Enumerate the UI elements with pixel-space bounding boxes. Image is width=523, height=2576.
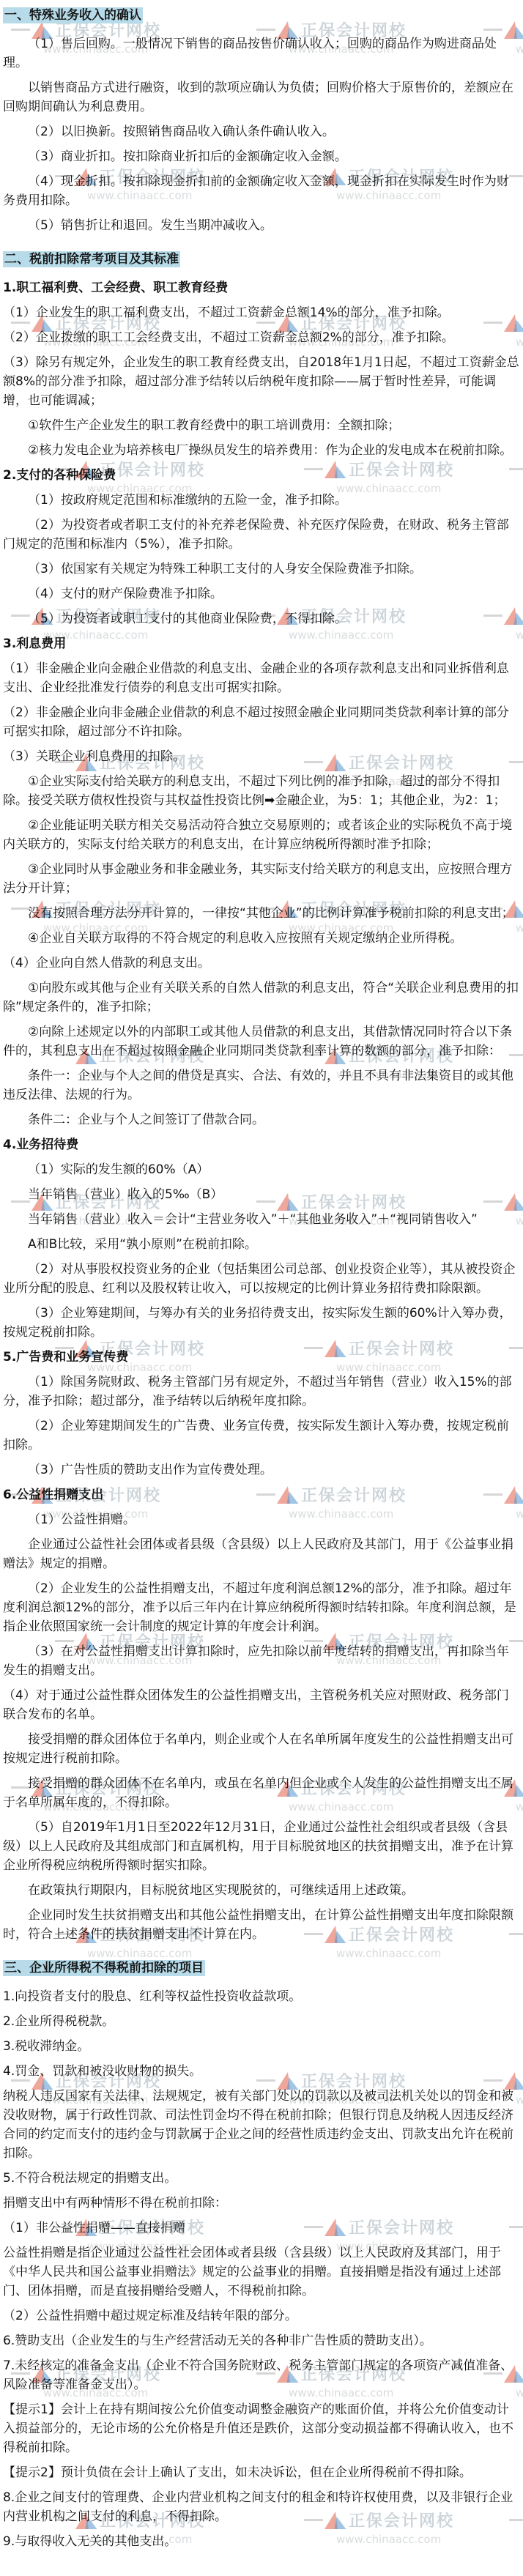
section-heading-text: 二、税前扣除常考项目及其标准 <box>3 251 180 267</box>
paragraph: 以销售商品方式进行融资，收到的款项应确认为负债；回购价格大于原售价的，差额应在回… <box>3 78 520 116</box>
item-subheading: 5.广告费和业务宣传费 <box>3 1348 520 1367</box>
paragraph: 条件二：企业与个人之间签订了借款合同。 <box>3 1110 520 1129</box>
paragraph: （5）为投资者或职工支付的其他商业保险费，不得扣除。 <box>3 609 520 628</box>
paragraph: （2）为投资者或者职工支付的补充养老保险费、补充医疗保险费，在财政、税务主管部门… <box>3 516 520 554</box>
section-heading: 三、企业所得税不得税前扣除的项目 <box>3 1959 520 1978</box>
item-subheading: 6.公益性捐赠支出 <box>3 1485 520 1504</box>
paragraph: （3）在对公益性捐赠支出计算扣除时，应先扣除以前年度结转的捐赠支出，再扣除当年发… <box>3 1642 520 1680</box>
paragraph: （5）销售折让和退回。发生当期冲减收入。 <box>3 216 520 235</box>
paragraph: 8.企业之间支付的管理费、企业内营业机构之间支付的租金和特许权使用费，以及非银行… <box>3 2488 520 2526</box>
paragraph: ①企业实际支付给关联方的利息支出，不超过下列比例的准予扣除，超过的部分不得扣除。… <box>3 772 520 810</box>
paragraph: （4）现金折扣。按扣除现金折扣前的金额确定收入金额，现金折扣在实际发生时作为财务… <box>3 172 520 210</box>
paragraph: （2）企业拨缴的职工工会经费支出，不超过工资薪金总额2%的部分，准予扣除。 <box>3 328 520 347</box>
paragraph: ②核力发电企业为培养核电厂操纵员发生的培养费用：作为企业的发电成本在税前扣除。 <box>3 441 520 460</box>
paragraph: 纳税人违反国家有关法律、法规规定，被有关部门处以的罚款以及被司法机关处以的罚金和… <box>3 2087 520 2163</box>
paragraph: （1）除国务院财政、税务主管部门另有规定外，不超过当年销售（营业）收入15%的部… <box>3 1373 520 1411</box>
paragraph: 【提示2】预计负债在会计上确认了支出，如未决诉讼，但在企业所得税前不得扣除。 <box>3 2463 520 2482</box>
section-heading: 一、特殊业务收入的确认 <box>3 6 520 25</box>
paragraph: 没有按照合理方法分开计算的，一律按“其他企业”的比例计算准予税前扣除的利息支出； <box>3 904 520 923</box>
paragraph: 捐赠支出中有两种情形不得在税前扣除： <box>3 2194 520 2213</box>
paragraph: （4）企业向自然人借款的利息支出。 <box>3 954 520 973</box>
paragraph: （1）按政府规定范围和标准缴纳的五险一金，准予扣除。 <box>3 491 520 510</box>
paragraph: 2.企业所得税税款。 <box>3 2012 520 2031</box>
paragraph: ③企业同时从事金融业务和非金融业务，其实际支付给关联方的利息支出，应按照合理方法… <box>3 860 520 898</box>
paragraph: ④企业自关联方取得的不符合规定的利息收入应按照有关规定缴纳企业所得税。 <box>3 929 520 948</box>
paragraph: ①向股东或其他与企业有关联关系的自然人借款的利息支出，符合“关联企业利息费用的扣… <box>3 979 520 1017</box>
paragraph: （2）企业发生的公益性捐赠支出，不超过年度利润总额12%的部分，准予扣除。超过年… <box>3 1579 520 1636</box>
paragraph: （2）对从事股权投资业务的企业（包括集团公司总部、创业投资企业等），其从被投资企… <box>3 1260 520 1298</box>
paragraph: （3）除另有规定外，企业发生的职工教育经费支出，自2018年1月1日起，不超过工… <box>3 353 520 410</box>
paragraph: （4）支付的财产保险费准予扣除。 <box>3 584 520 604</box>
paragraph: 1.向投资者支付的股息、红利等权益性投资收益款项。 <box>3 1987 520 2006</box>
paragraph: 【提示1】会计上在持有期间按公允价值变动调整金融资产的账面价值，并将公允价值变动… <box>3 2400 520 2457</box>
paragraph: （5）自2019年1月1日至2022年12月31日，企业通过公益性社会组织或者县… <box>3 1818 520 1875</box>
paragraph: 企业同时发生扶贫捐赠支出和其他公益性捐赠支出，在计算公益性捐赠支出年度扣除限额时… <box>3 1906 520 1944</box>
paragraph: ①软件生产企业发生的职工教育经费中的职工培训费用：全额扣除； <box>3 416 520 435</box>
paragraph: （2）以旧换新。按照销售商品收入确认条件确认收入。 <box>3 122 520 141</box>
paragraph: （1）实际的发生额的60%（A） <box>3 1160 520 1179</box>
item-subheading: 3.利息费用 <box>3 634 520 653</box>
paragraph: （2）企业筹建期间发生的广告费、业务宣传费，按实际发生额计入筹办费，按规定税前扣… <box>3 1417 520 1455</box>
paragraph: （1）公益性捐赠。 <box>3 1510 520 1529</box>
item-subheading: 1.职工福利费、工会经费、职工教育经费 <box>3 278 520 297</box>
paragraph: ②企业能证明关联方相关交易活动符合独立交易原则的；或者该企业的实际税负不高于境内… <box>3 816 520 854</box>
item-subheading: 2.支付的各种保险费 <box>3 466 520 485</box>
paragraph: （3）广告性质的赞助支出作为宣传费处理。 <box>3 1460 520 1480</box>
paragraph: （3）依国家有关规定为特殊工种职工支付的人身安全保险费准予扣除。 <box>3 560 520 579</box>
paragraph: 3.税收滞纳金。 <box>3 2037 520 2056</box>
paragraph: （2）非金融企业向非金融企业借款的利息不超过按照金融企业同期同类贷款利率计算的部… <box>3 703 520 741</box>
paragraph: （3）关联企业利息费用的扣除。 <box>3 747 520 766</box>
paragraph: 当年销售（营业）收入＝会计“主营业务收入”＋“其他业务收入”＋“视同销售收入” <box>3 1210 520 1229</box>
paragraph: 当年销售（营业）收入的5‰（B） <box>3 1185 520 1204</box>
paragraph: 接受捐赠的群众团体不在名单内，或虽在名单内但企业或个人发生的公益性捐赠支出不属于… <box>3 1774 520 1812</box>
paragraph: （3）企业筹建期间，与筹办有关的业务招待费支出，按实际发生额的60%计入筹办费，… <box>3 1304 520 1342</box>
paragraph: 企业通过公益性社会团体或者县级（含县级）以上人民政府及其部门，用于《公益事业捐赠… <box>3 1535 520 1573</box>
paragraph: 公益性捐赠是指企业通过公益性社会团体或者县级（含县级）以上人民政府及其部门，用于… <box>3 2243 520 2301</box>
paragraph: 条件一：企业与个人之间的借贷是真实、合法、有效的，并且不具有非法集资目的或其他违… <box>3 1066 520 1105</box>
paragraph: A和B比较，采用“孰小原则”在税前扣除。 <box>3 1235 520 1254</box>
paragraph: （1）非公益性捐赠——直接捐赠 <box>3 2219 520 2238</box>
section-heading-text: 三、企业所得税不得税前扣除的项目 <box>3 1960 205 1976</box>
paragraph: （4）对于通过公益性群众团体发生的公益性捐赠支出，主管税务机关应对照财政、税务部… <box>3 1686 520 1724</box>
section-heading-text: 一、特殊业务收入的确认 <box>3 7 143 23</box>
paragraph: 9.与取得收入无关的其他支出。 <box>3 2532 520 2551</box>
paragraph: 5.不符合税法规定的捐赠支出。 <box>3 2169 520 2188</box>
document-page: 正保会计网校www.chinaacc.com正保会计网校www.chinaacc… <box>0 0 523 2576</box>
paragraph: （1）企业发生的职工福利费支出，不超过工资薪金总额14%的部分，准予扣除。 <box>3 303 520 322</box>
paragraph: 4.罚金、罚款和被没收财物的损失。 <box>3 2062 520 2081</box>
paragraph: （1）售后回购。一般情况下销售的商品按售价确认收入；回购的商品作为购进商品处理。 <box>3 34 520 73</box>
item-subheading: 4.业务招待费 <box>3 1135 520 1154</box>
paragraph: （3）商业折扣。按扣除商业折扣后的金额确定收入金额。 <box>3 147 520 166</box>
paragraph: （2）公益性捐赠中超过规定标准及结转年限的部分。 <box>3 2306 520 2326</box>
paragraph: （1）非金融企业向金融企业借款的利息支出、金融企业的各项存款利息支出和同业拆借利… <box>3 659 520 697</box>
section-heading: 二、税前扣除常考项目及其标准 <box>3 250 520 269</box>
paragraph: 6.赞助支出（企业发生的与生产经营活动无关的各种非广告性质的赞助支出）。 <box>3 2331 520 2350</box>
paragraph: 接受捐赠的群众团体位于名单内，则企业或个人在名单所属年度发生的公益性捐赠支出可按… <box>3 1730 520 1768</box>
paragraph: 7.未经核定的准备金支出（企业不符合国务院财政、税务主管部门规定的各项资产减值准… <box>3 2356 520 2394</box>
document-content: 一、特殊业务收入的确认（1）售后回购。一般情况下销售的商品按售价确认收入；回购的… <box>0 0 523 2551</box>
paragraph: 在政策执行期限内，目标脱贫地区实现脱贫的，可继续适用上述政策。 <box>3 1881 520 1900</box>
paragraph: ②向除上述规定以外的内部职工或其他人员借款的利息支出，其借款情况同时符合以下条件… <box>3 1022 520 1061</box>
